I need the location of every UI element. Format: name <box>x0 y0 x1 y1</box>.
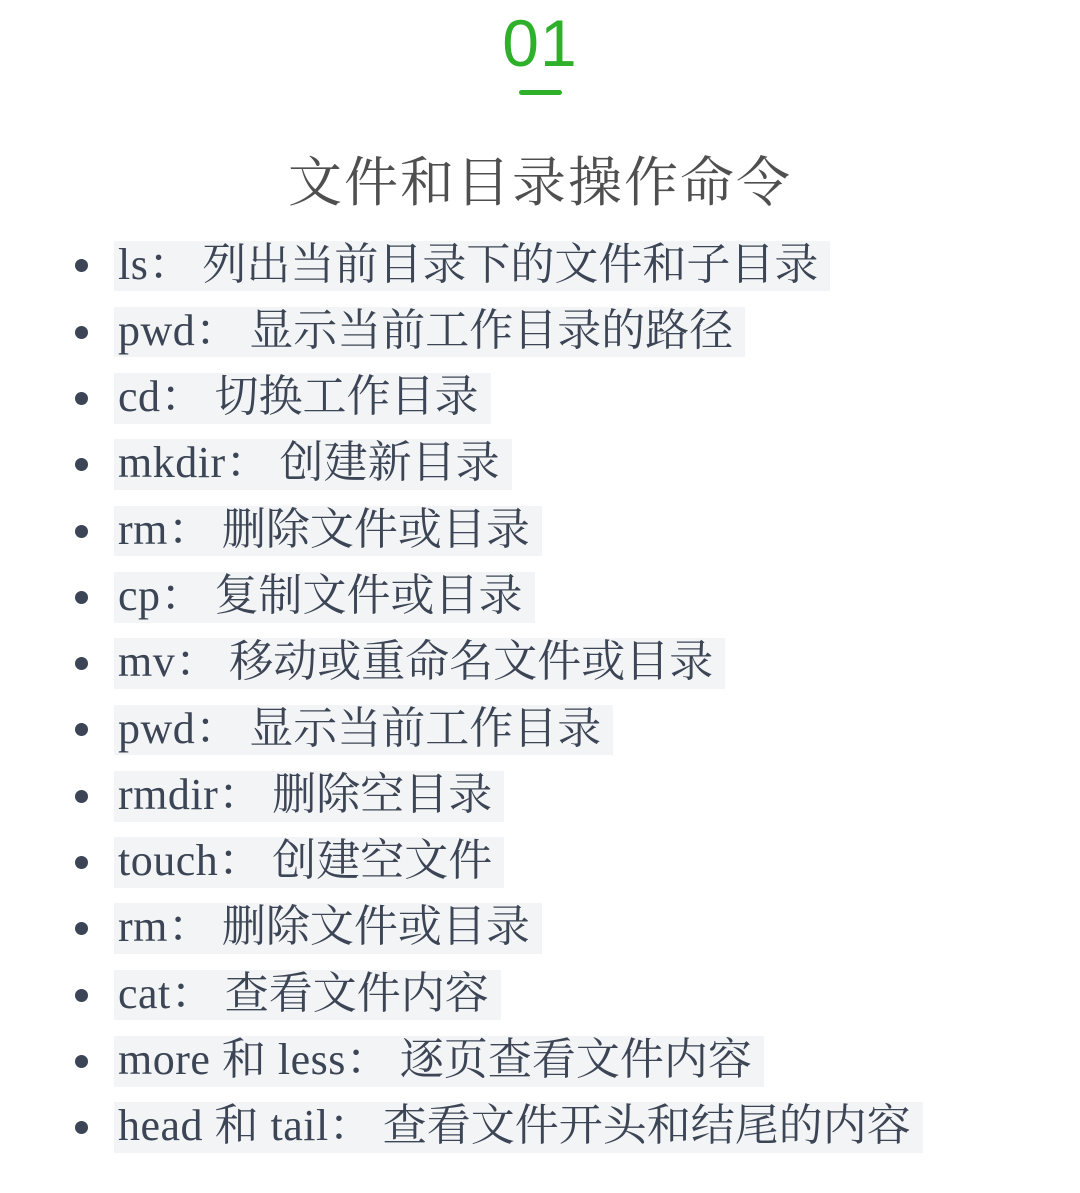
command-entry: rmdir：删除空目录 <box>114 771 504 822</box>
list-item: cat：查看文件内容 <box>0 962 1080 1028</box>
page-title: 文件和目录操作命令 <box>0 155 1080 212</box>
command-entry: pwd：显示当前工作目录 <box>114 705 613 756</box>
section-number: 01 <box>0 10 1080 76</box>
command-name: rmdir <box>118 770 218 819</box>
command-description: 显示当前工作目录的路径 <box>249 306 733 355</box>
separator-colon: ： <box>218 770 262 819</box>
command-description: 删除文件或目录 <box>222 505 530 554</box>
list-item: touch：创建空文件 <box>0 829 1080 895</box>
command-entry: cd：切换工作目录 <box>114 373 491 424</box>
command-description: 显示当前工作目录 <box>249 704 601 753</box>
command-entry: head 和 tail：查看文件开头和结尾的内容 <box>114 1102 923 1153</box>
list-item: rmdir：删除空目录 <box>0 763 1080 829</box>
list-item: more 和 less：逐页查看文件内容 <box>0 1028 1080 1094</box>
command-name: mv <box>118 637 175 686</box>
list-item: mkdir：创建新目录 <box>0 432 1080 498</box>
command-description: 复制文件或目录 <box>215 571 523 620</box>
list-item: pwd：显示当前工作目录的路径 <box>0 299 1080 365</box>
command-entry: ls：列出当前目录下的文件和子目录 <box>114 241 830 292</box>
command-description: 查看文件内容 <box>225 969 489 1018</box>
command-name: rm <box>118 902 168 951</box>
list-item: cd：切换工作目录 <box>0 365 1080 431</box>
bullet-icon <box>75 259 88 272</box>
list-item: pwd：显示当前工作目录 <box>0 697 1080 763</box>
section-number-underline <box>519 90 562 95</box>
bullet-icon <box>75 922 88 935</box>
bullet-icon <box>75 591 88 604</box>
command-name: rm <box>118 505 168 554</box>
separator-colon: ： <box>175 637 219 686</box>
command-entry: pwd：显示当前工作目录的路径 <box>114 307 745 358</box>
command-description: 创建空文件 <box>272 836 492 885</box>
command-name: touch <box>118 836 218 885</box>
command-description: 创建新目录 <box>280 438 500 487</box>
bullet-icon <box>75 856 88 869</box>
command-entry: rm：删除文件或目录 <box>114 903 542 954</box>
bullet-icon <box>75 392 88 405</box>
command-description: 逐页查看文件内容 <box>400 1035 752 1084</box>
separator-colon: ： <box>226 438 270 487</box>
command-name: cd <box>118 372 161 421</box>
command-description: 切换工作目录 <box>215 372 479 421</box>
separator-colon: ： <box>168 902 212 951</box>
bullet-icon <box>75 723 88 736</box>
command-entry: mv：移动或重命名文件或目录 <box>114 638 725 689</box>
command-description: 查看文件开头和结尾的内容 <box>383 1101 911 1150</box>
command-entry: cat：查看文件内容 <box>114 970 501 1021</box>
separator-colon: ： <box>168 505 212 554</box>
command-name: mkdir <box>118 438 226 487</box>
list-item: ls：列出当前目录下的文件和子目录 <box>0 233 1080 299</box>
command-name: head 和 tail <box>118 1101 329 1150</box>
list-item: rm：删除文件或目录 <box>0 498 1080 564</box>
command-entry: cp：复制文件或目录 <box>114 572 535 623</box>
command-description: 移动或重命名文件或目录 <box>229 637 713 686</box>
bullet-icon <box>75 657 88 670</box>
command-entry: more 和 less：逐页查看文件内容 <box>114 1036 764 1087</box>
command-name: pwd <box>118 306 195 355</box>
separator-colon: ： <box>148 240 192 289</box>
separator-colon: ： <box>195 306 239 355</box>
separator-colon: ： <box>346 1035 390 1084</box>
command-entry: touch：创建空文件 <box>114 837 504 888</box>
bullet-icon <box>75 1121 88 1134</box>
command-name: cat <box>118 969 171 1018</box>
list-item: rm：删除文件或目录 <box>0 896 1080 962</box>
separator-colon: ： <box>329 1101 373 1150</box>
bullet-icon <box>75 458 88 471</box>
list-item: head 和 tail：查看文件开头和结尾的内容 <box>0 1095 1080 1161</box>
command-name: ls <box>118 240 148 289</box>
separator-colon: ： <box>171 969 215 1018</box>
separator-colon: ： <box>195 704 239 753</box>
separator-colon: ： <box>218 836 262 885</box>
bullet-icon <box>75 326 88 339</box>
bullet-icon <box>75 525 88 538</box>
command-entry: rm：删除文件或目录 <box>114 506 542 557</box>
bullet-icon <box>75 989 88 1002</box>
bullet-icon <box>75 1055 88 1068</box>
list-item: cp：复制文件或目录 <box>0 564 1080 630</box>
separator-colon: ： <box>161 571 205 620</box>
separator-colon: ： <box>161 372 205 421</box>
list-item: mv：移动或重命名文件或目录 <box>0 630 1080 696</box>
command-description: 删除文件或目录 <box>222 902 530 951</box>
command-name: cp <box>118 571 161 620</box>
command-name: pwd <box>118 704 195 753</box>
bullet-icon <box>75 790 88 803</box>
command-entry: mkdir：创建新目录 <box>114 439 512 490</box>
command-description: 列出当前目录下的文件和子目录 <box>202 240 818 289</box>
command-name: more 和 less <box>118 1035 346 1084</box>
command-list: ls：列出当前目录下的文件和子目录 pwd：显示当前工作目录的路径 cd：切换工… <box>0 233 1080 1161</box>
article-page: 01 文件和目录操作命令 ls：列出当前目录下的文件和子目录 pwd：显示当前工… <box>0 0 1080 1193</box>
command-description: 删除空目录 <box>272 770 492 819</box>
